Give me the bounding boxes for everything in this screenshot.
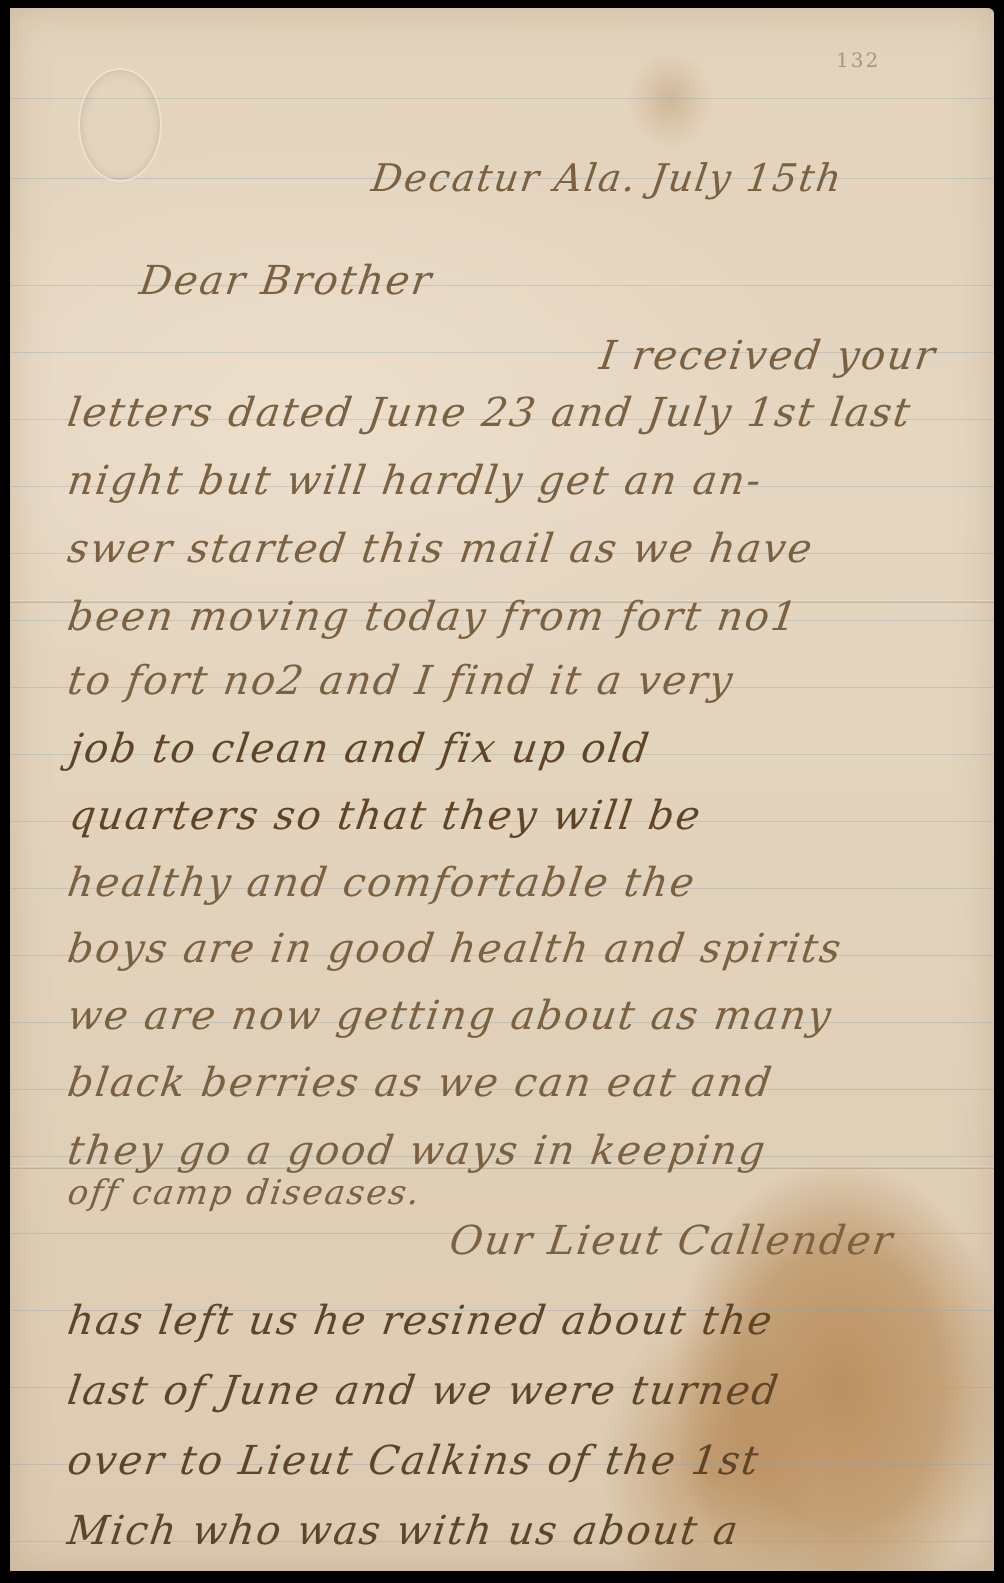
letter-page: 132 Decatur Ala. July 15th Dear Brother … [10, 8, 994, 1571]
letter-line: off camp diseases. [65, 1173, 423, 1213]
letter-line: quarters so that they will be [67, 793, 705, 839]
letter-line: night but will hardly get an an- [65, 458, 766, 504]
page-number: 132 [836, 48, 880, 72]
letter-line: to fort no2 and I find it a very [65, 658, 737, 704]
letter-line: healthy and comfortable the [65, 860, 699, 906]
letter-line: letters dated June 23 and July 1st last [65, 390, 915, 436]
letter-line: last of June and we were turned [65, 1368, 783, 1414]
embossed-seal-icon [78, 68, 162, 182]
salutation: Dear Brother [137, 258, 436, 304]
letter-line: boys are in good health and spirits [65, 926, 846, 972]
dateline: Decatur Ala. July 15th [369, 156, 846, 200]
letter-line: been moving today from fort no1 [65, 594, 802, 640]
letter-line: Our Lieut Callender [447, 1218, 897, 1264]
letter-line: Mich who was with us about a [65, 1508, 743, 1554]
letter-line: we are now getting about as many [65, 993, 836, 1039]
letter-line: I received your [597, 333, 940, 379]
letter-line: job to clean and fix up old [67, 726, 654, 772]
letter-line: black berries as we can eat and [65, 1060, 776, 1106]
letter-line: swer started this mail as we have [65, 526, 817, 572]
letter-line: over to Lieut Calkins of the 1st [65, 1438, 763, 1484]
letter-line: they go a good ways in keeping [65, 1128, 770, 1174]
letter-line: has left us he resined about the [65, 1298, 777, 1344]
